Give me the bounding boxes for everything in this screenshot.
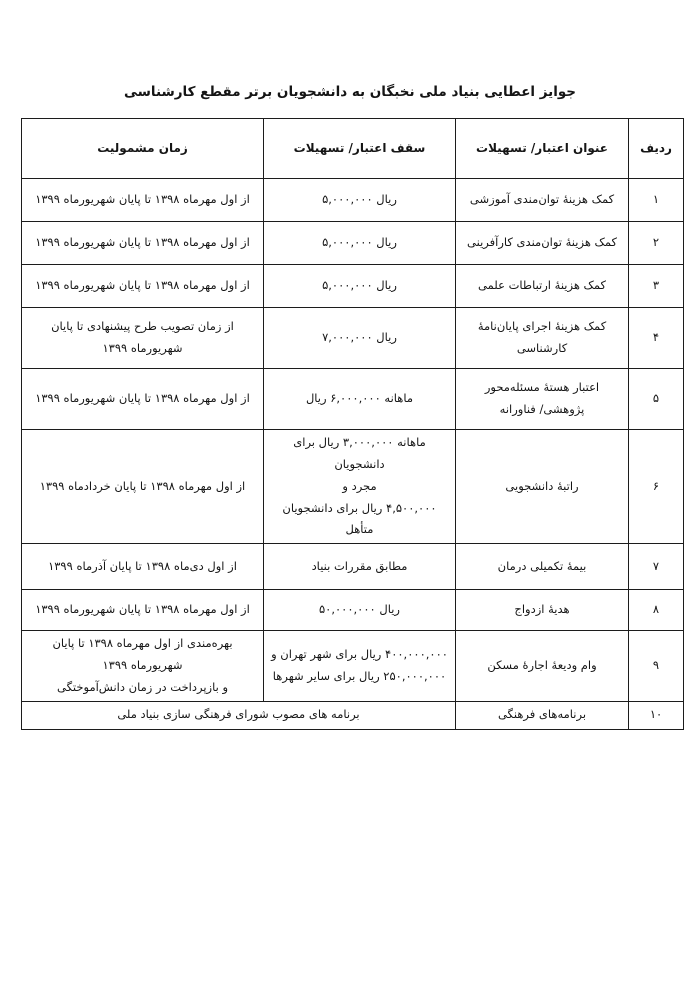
cell-period: از اول دی‌ماه ۱۳۹۸ تا پایان آذرماه ۱۳۹۹ — [22, 544, 264, 590]
cell-title: راتبۀ دانشجویی — [456, 430, 629, 544]
table-row: ۴ کمک هزینۀ اجرای پایان‌نامۀ کارشناسی ۷,… — [22, 308, 684, 369]
header-credit-title: عنوان اعتبار/ تسهیلات — [456, 119, 629, 179]
cell-period: از زمان تصویب طرح پیشنهادی تا پایان شهری… — [22, 308, 264, 369]
cell-period: از اول مهرماه ۱۳۹۸ تا پایان شهریورماه ۱۳… — [22, 179, 264, 222]
cell-title: اعتبار هستۀ مسئله‌محور پژوهشی/ فناورانه — [456, 369, 629, 430]
header-credit-ceiling: سقف اعتبار/ تسهیلات — [264, 119, 456, 179]
table-row: ۲ کمک هزینۀ توان‌مندی کارآفرینی ۵,۰۰۰,۰۰… — [22, 222, 684, 265]
cell-period: بهره‌مندی از اول مهرماه ۱۳۹۸ تا پایان شه… — [22, 631, 264, 702]
cell-period: از اول مهرماه ۱۳۹۸ تا پایان شهریورماه ۱۳… — [22, 222, 264, 265]
cell-title: بیمۀ تکمیلی درمان — [456, 544, 629, 590]
cell-row-number: ۶ — [629, 430, 684, 544]
cell-row-number: ۷ — [629, 544, 684, 590]
cell-period: از اول مهرماه ۱۳۹۸ تا پایان شهریورماه ۱۳… — [22, 265, 264, 308]
cell-title: کمک هزینۀ ارتباطات علمی — [456, 265, 629, 308]
cell-row-number: ۱ — [629, 179, 684, 222]
cell-ceiling: ۷,۰۰۰,۰۰۰ ریال — [264, 308, 456, 369]
cell-row-number: ۳ — [629, 265, 684, 308]
cell-ceiling: ۴۰۰,۰۰۰,۰۰۰ ریال برای شهر تهران و ۲۵۰,۰۰… — [264, 631, 456, 702]
cell-period: از اول مهرماه ۱۳۹۸ تا پایان خردادماه ۱۳۹… — [22, 430, 264, 544]
document-page: جوایز اعطایی بنیاد ملی نخبگان به دانشجوی… — [0, 0, 700, 990]
cell-ceiling: ۵۰,۰۰۰,۰۰۰ ریال — [264, 590, 456, 631]
cell-period: از اول مهرماه ۱۳۹۸ تا پایان شهریورماه ۱۳… — [22, 590, 264, 631]
cell-row-number: ۴ — [629, 308, 684, 369]
cell-ceiling: ماهانه ۳,۰۰۰,۰۰۰ ریال برای دانشجویان مجر… — [264, 430, 456, 544]
table-row: ۸ هدیۀ ازدواج ۵۰,۰۰۰,۰۰۰ ریال از اول مهر… — [22, 590, 684, 631]
table-row: ۳ کمک هزینۀ ارتباطات علمی ۵,۰۰۰,۰۰۰ ریال… — [22, 265, 684, 308]
cell-ceiling: ماهانه ۶,۰۰۰,۰۰۰ ریال — [264, 369, 456, 430]
cell-ceiling: ۵,۰۰۰,۰۰۰ ریال — [264, 222, 456, 265]
cell-title: کمک هزینۀ توان‌مندی آموزشی — [456, 179, 629, 222]
page-title: جوایز اعطایی بنیاد ملی نخبگان به دانشجوی… — [0, 84, 700, 100]
cell-row-number: ۸ — [629, 590, 684, 631]
table-row: ۹ وام ودیعۀ اجارۀ مسکن ۴۰۰,۰۰۰,۰۰۰ ریال … — [22, 631, 684, 702]
cell-row-number: ۹ — [629, 631, 684, 702]
header-row-number: ردیف — [629, 119, 684, 179]
cell-title: برنامه‌های فرهنگی — [456, 701, 629, 729]
cell-row-number: ۵ — [629, 369, 684, 430]
header-row: ردیف عنوان اعتبار/ تسهیلات سقف اعتبار/ ت… — [22, 119, 684, 179]
cell-title: کمک هزینۀ اجرای پایان‌نامۀ کارشناسی — [456, 308, 629, 369]
table-row: ۷ بیمۀ تکمیلی درمان مطابق مقررات بنیاد ا… — [22, 544, 684, 590]
cell-row-number: ۱۰ — [629, 701, 684, 729]
cell-ceiling: ۵,۰۰۰,۰۰۰ ریال — [264, 179, 456, 222]
cell-title: وام ودیعۀ اجارۀ مسکن — [456, 631, 629, 702]
table-row: ۶ راتبۀ دانشجویی ماهانه ۳,۰۰۰,۰۰۰ ریال ب… — [22, 430, 684, 544]
cell-row-number: ۲ — [629, 222, 684, 265]
table-row: ۵ اعتبار هستۀ مسئله‌محور پژوهشی/ فناوران… — [22, 369, 684, 430]
cell-ceiling: ۵,۰۰۰,۰۰۰ ریال — [264, 265, 456, 308]
cell-title: هدیۀ ازدواج — [456, 590, 629, 631]
cell-merged-note: برنامه های مصوب شورای فرهنگی سازی بنیاد … — [22, 701, 456, 729]
cell-title: کمک هزینۀ توان‌مندی کارآفرینی — [456, 222, 629, 265]
awards-table: ردیف عنوان اعتبار/ تسهیلات سقف اعتبار/ ت… — [21, 118, 684, 730]
table-row: ۱۰ برنامه‌های فرهنگی برنامه های مصوب شور… — [22, 701, 684, 729]
cell-ceiling: مطابق مقررات بنیاد — [264, 544, 456, 590]
header-eligibility-period: زمان مشمولیت — [22, 119, 264, 179]
table-row: ۱ کمک هزینۀ توان‌مندی آموزشی ۵,۰۰۰,۰۰۰ ر… — [22, 179, 684, 222]
cell-period: از اول مهرماه ۱۳۹۸ تا پایان شهریورماه ۱۳… — [22, 369, 264, 430]
